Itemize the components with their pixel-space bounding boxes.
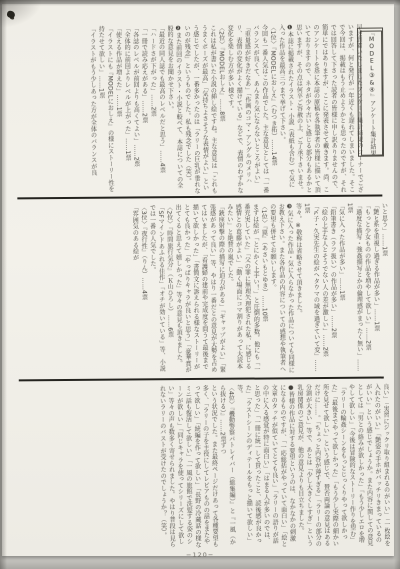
section-divider-2 xyxy=(19,377,384,382)
page-number: −120− xyxy=(4,549,396,560)
section-survey-middle: いと思う」……1票 「艶ヒ系を重視し過ぎる作品が多い」……1票 「もっと少女もの… xyxy=(15,203,388,377)
section-survey-middle-text: いと思う」……1票 「艶ヒ系を重視し過ぎる作品が多い」……1票 「もっと少女もの… xyxy=(15,203,388,377)
section-divider-1 xyxy=(17,195,382,200)
printed-content: 『MODEL③&④』アンケート集計結果 早速到着いたしましたアンケート集計結果の… xyxy=(0,2,396,557)
article-title-inner-frame: 『MODEL③&④』アンケート集計結果 xyxy=(360,31,383,156)
section-survey-bottom-text: 良い」「実習にジックリ取り組まれるのがいい」「一枚絵を入れたのがいい」「艶姿の手… xyxy=(17,384,390,550)
article-title: 『MODEL③&④』アンケート集計結果 xyxy=(365,31,378,156)
section-survey-bottom: 良い」「実習にジックリ取り組まれるのがいい」「一枚絵を入れたのがいい」「艶姿の手… xyxy=(17,384,390,550)
scanned-page: 『MODEL③&④』アンケート集計結果 早速到着いたしましたアンケート集計結果の… xyxy=(0,0,400,569)
section-survey-intro-text: 早速到着いたしましたアンケート集計結果のコーナーでございますが、何と発行が一年近… xyxy=(16,24,363,196)
paper-sheet: 『MODEL③&④』アンケート集計結果 早速到着いたしましたアンケート集計結果の… xyxy=(2,4,394,556)
section-survey-intro: 早速到着いたしましたアンケート集計結果のコーナーでございますが、何と発行が一年近… xyxy=(16,24,363,196)
